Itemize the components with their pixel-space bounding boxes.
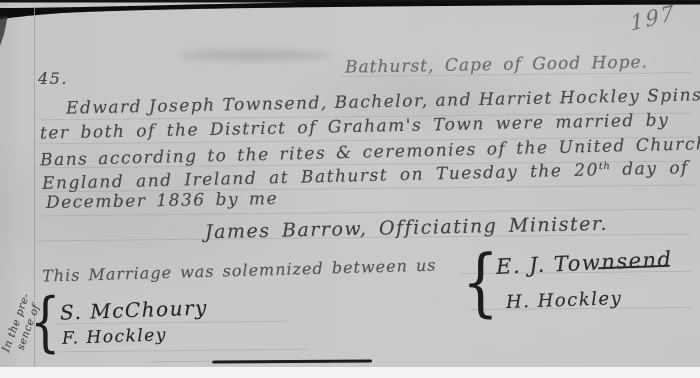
solemnized-statement: This Marriage was solemnized between us	[42, 255, 437, 285]
bottom-rule-leadin	[150, 361, 214, 363]
entry-number: 45.	[38, 69, 68, 88]
witness-signature-1: S. McChoury	[60, 295, 209, 324]
officiant-line: James Barrow, Officiating Minister.	[205, 213, 608, 243]
register-scan: 197 Bathurst, Cape of Good Hope. 45. Edw…	[0, 0, 700, 367]
entry-line-5: December 1836 by me	[46, 189, 278, 213]
ledger-rule-line	[58, 349, 308, 353]
couple-brace: {	[462, 245, 499, 319]
ink-smudge	[178, 51, 333, 60]
register-scan-page: 197 Bathurst, Cape of Good Hope. 45. Edw…	[0, 0, 700, 378]
bottom-rule	[212, 359, 372, 363]
witness-signature-2: F. Hockley	[62, 325, 168, 349]
entry-line-4-tail: day of	[610, 158, 689, 180]
scan-top-edge	[0, 0, 700, 50]
witness-brace: {	[30, 290, 61, 355]
couple-signature-hockley: H. Hockley	[506, 288, 623, 313]
couple-signature-townsend: E. J. Townsend	[496, 247, 673, 279]
ordinal-superscript: th	[599, 161, 611, 172]
